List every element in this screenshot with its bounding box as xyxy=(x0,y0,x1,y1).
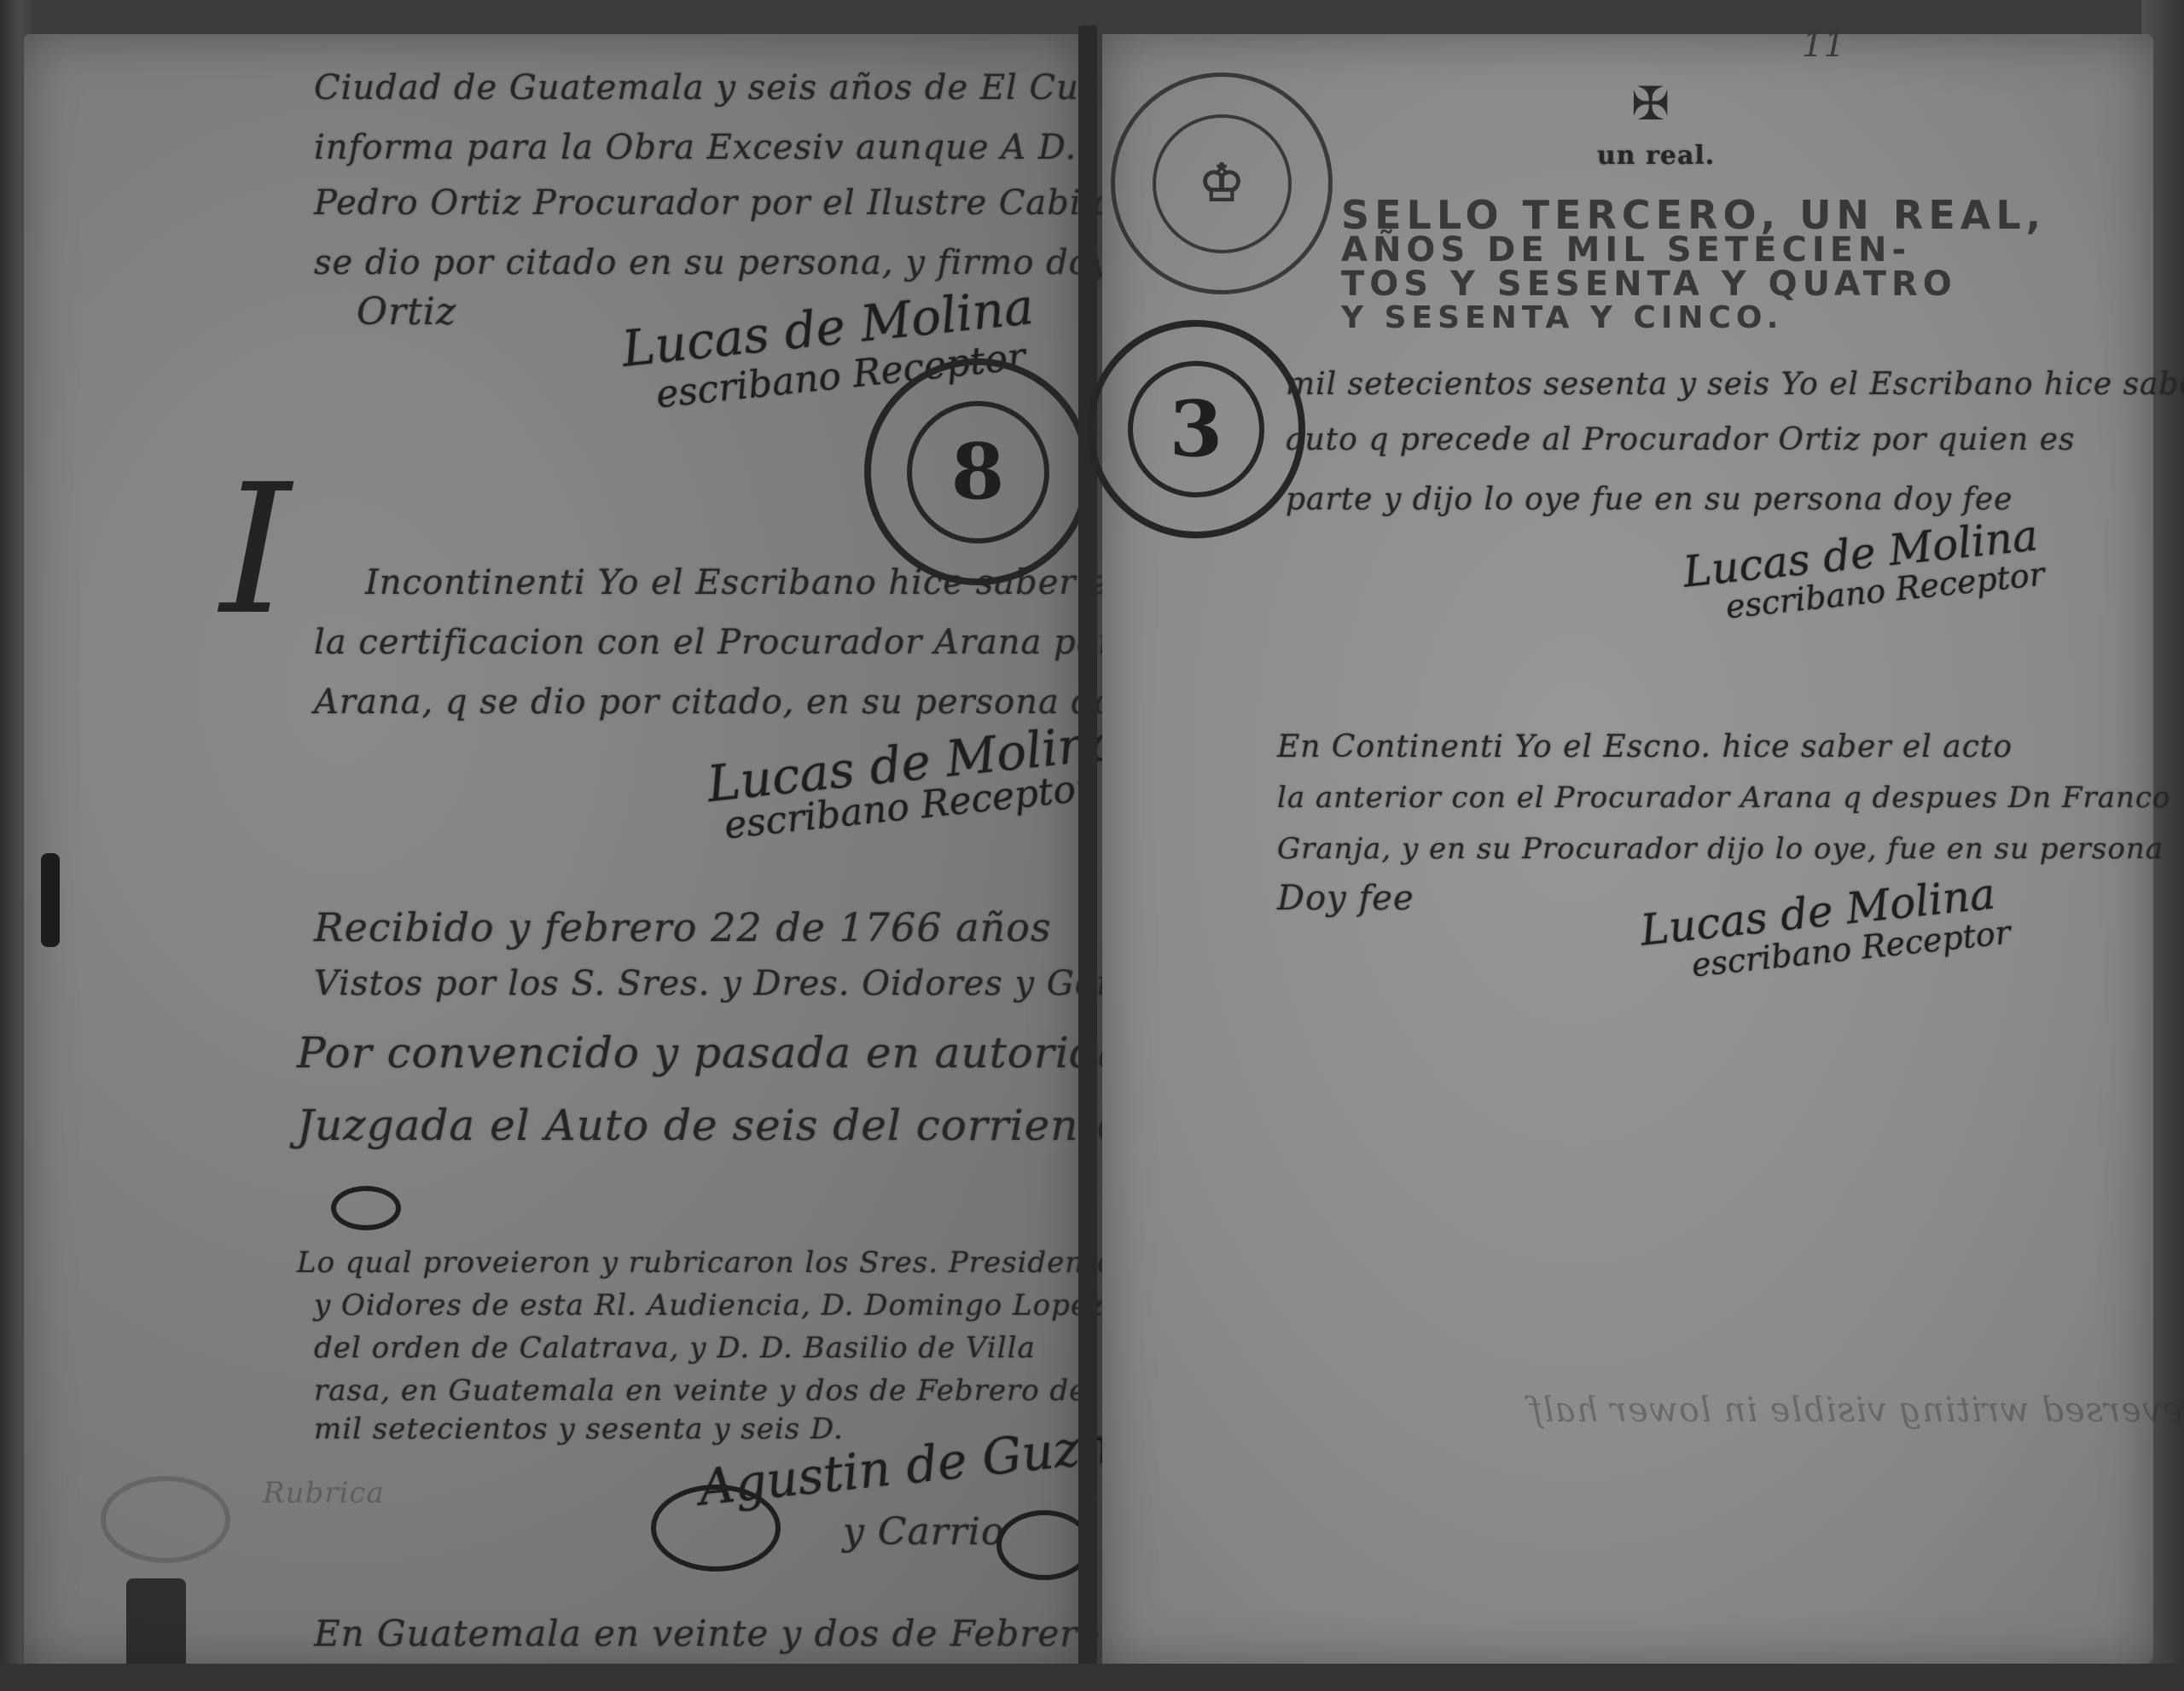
left-entry1-line: informa para la Obra Excesiv aunque A D. xyxy=(314,128,1077,167)
seal-figure: 3 xyxy=(1128,361,1265,498)
bleed-through-text: faint reversed writing visible in lower … xyxy=(1529,1391,2184,1430)
left-entry1-line: Pedro Ortiz Procurador por el Ilustre Ca… xyxy=(314,183,1206,223)
left-entry1-marginal-signature: Ortiz xyxy=(357,290,456,334)
signature-rubric-icon xyxy=(651,1485,781,1572)
right-entry2-line: Granja, y en su Procurador dijo lo oye, … xyxy=(1277,832,2164,866)
left-entry2-line: Incontinenti Yo el Escribano hice saber … xyxy=(365,563,1121,602)
left-marginal-note: Rubrica xyxy=(263,1476,385,1510)
right-entry1-line: mil setecientos sesenta y seis Yo el Esc… xyxy=(1286,367,2184,402)
crown-shield-icon: ♔ xyxy=(1153,114,1292,253)
left-entry3-line: Vistos por los S. Sres. y Dres. Oidores … xyxy=(314,964,1211,1003)
royal-coat-of-arms-seal: ♔ xyxy=(1111,73,1333,294)
official-signature-suffix: y Carrio xyxy=(843,1510,1004,1554)
seal-figure: 8 xyxy=(907,401,1049,543)
left-page: Ciudad de Guatemala y seis años de El Cu… xyxy=(24,34,1082,1668)
right-entry1-line: auto q precede al Procurador Ortiz por q… xyxy=(1286,422,2075,457)
folio-number: 11 xyxy=(1802,26,1845,65)
left-entry1-line: se dio por citado en su persona, y firmo… xyxy=(314,243,1177,282)
binding-thread-mark xyxy=(41,853,60,947)
book-gutter xyxy=(1078,26,1097,1672)
right-page: 11 ♔ ✠ un real. SELLO TERCERO, UN REAL, … xyxy=(1102,34,2153,1668)
decorative-initial: I xyxy=(220,461,291,640)
left-entry4-line: Lo qual proveieron y rubricaron los Sres… xyxy=(297,1246,1115,1280)
left-entry4-line: rasa, en Guatemala en veinte y dos de Fe… xyxy=(314,1374,1087,1408)
left-entry3-line: Recibido y febrero 22 de 1766 años xyxy=(314,904,1052,950)
right-entry2-line: Doy fee xyxy=(1277,879,1414,918)
left-entry5-line: En Guatemala en veinte y dos de Febrero xyxy=(314,1613,1101,1654)
right-entry1-line: parte y dijo lo oye fue en su persona do… xyxy=(1286,482,2013,517)
left-entry3-line: Juzgada el Auto de seis del corriente — xyxy=(297,1101,1181,1150)
right-entry2-line: En Continenti Yo el Escno. hice saber el… xyxy=(1277,729,2013,764)
bleed-through-flourish-icon xyxy=(101,1476,230,1563)
habilitation-seal-left: 8 xyxy=(864,358,1091,585)
book-bottom-edge xyxy=(0,1664,2184,1691)
stamp-printed-line: TOS Y SESENTA Y QUATRO xyxy=(1341,264,1957,304)
stamp-printed-line: Y SESENTA Y CINCO. xyxy=(1341,300,1783,335)
habilitation-seal-right: 3 xyxy=(1087,320,1305,538)
stamp-value: un real. xyxy=(1597,141,1715,171)
left-entry4-line: del orden de Calatrava, y D. D. Basilio … xyxy=(314,1331,1036,1365)
left-entry2-line: Arana, q se dio por citado, en su person… xyxy=(314,683,1203,722)
right-entry2-line: la anterior con el Procurador Arana q de… xyxy=(1277,781,2170,815)
left-entry4-line: mil setecientos y sesenta y seis D. xyxy=(314,1412,844,1446)
rubric-flourish-icon xyxy=(331,1186,401,1230)
cross-icon: ✠ xyxy=(1631,77,1670,131)
